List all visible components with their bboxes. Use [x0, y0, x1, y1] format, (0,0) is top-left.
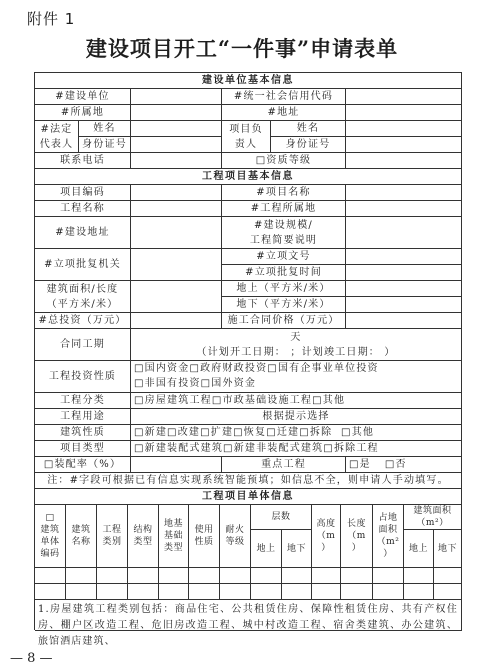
phone-field[interactable]: [131, 153, 222, 169]
engineering-name-label: 工程名称: [35, 201, 131, 217]
project-type-label: 项目类型: [35, 441, 131, 457]
legal-rep-label: #法定 代表人: [35, 121, 79, 153]
build-address-label: #建设地址: [35, 217, 131, 249]
pm-id-label: 身份证号: [271, 137, 346, 153]
investment-nature-options[interactable]: □国内资金□政府财政投资□国有企事业单位投资 □非国有投资□国外资金: [131, 361, 462, 393]
unit-table-cell[interactable]: [128, 568, 159, 584]
unit-table-cell[interactable]: [404, 584, 434, 600]
prefab-rate-checkbox[interactable]: □装配率（%）: [35, 457, 131, 473]
building-name-header: 建筑名称: [66, 505, 97, 568]
engineering-category-header: 工程类别: [97, 505, 128, 568]
unit-table-cell[interactable]: [220, 568, 251, 584]
building-area-label: 建筑面积/长度 （平方米/米）: [35, 281, 131, 313]
area-above-header: 地上: [404, 530, 434, 568]
unit-table-cell[interactable]: [251, 568, 282, 584]
contract-price-label: 施工合同价格（万元）: [222, 313, 346, 329]
classification-options[interactable]: □房屋建筑工程□市政基础设施工程□其他: [131, 393, 462, 409]
approval-authority-field[interactable]: [131, 249, 222, 281]
total-investment-label: #总投资（万元）: [35, 313, 131, 329]
approval-number-label: #立项文号: [222, 249, 346, 265]
below-ground-field[interactable]: [346, 297, 462, 313]
qualification-checkbox[interactable]: □资质等级: [222, 153, 346, 169]
foundation-type-header: 地基基础类型: [159, 505, 189, 568]
pm-name-field[interactable]: [346, 121, 462, 137]
unit-table-cell[interactable]: [66, 568, 97, 584]
key-no-checkbox[interactable]: □否: [385, 457, 407, 472]
approval-number-field[interactable]: [346, 249, 462, 265]
build-scale-field[interactable]: [346, 217, 462, 249]
purpose-select[interactable]: 根据提示选择: [131, 409, 462, 425]
above-ground-label: 地上（平方米/米）: [222, 281, 346, 297]
engineering-locality-field[interactable]: [346, 201, 462, 217]
legal-name-field[interactable]: [131, 121, 222, 137]
project-type-options[interactable]: □新建装配式建筑□新建非装配式建筑□拆除工程: [131, 441, 462, 457]
credit-code-label: #统一社会信用代码: [222, 89, 346, 105]
unit-table-cell[interactable]: [220, 584, 251, 600]
project-manager-label: 项目负 责人: [222, 121, 271, 153]
unit-table-cell[interactable]: [35, 584, 66, 600]
floors-below-header: 地下: [282, 530, 312, 568]
locality-label: #所属地: [35, 105, 131, 121]
build-address-field[interactable]: [131, 217, 222, 249]
key-yes-checkbox[interactable]: □是: [349, 457, 371, 472]
build-scale-label: #建设规模/ 工程简要说明: [222, 217, 346, 249]
footnote: 1.房屋建筑工程类别包括：商品住宅、公共租赁住房、保障性租赁住房、共有产权住房、…: [35, 600, 462, 631]
pm-id-field[interactable]: [346, 137, 462, 153]
unit-table-cell[interactable]: [159, 584, 189, 600]
length-header: 长度（m）: [341, 505, 373, 568]
unit-table-cell[interactable]: [312, 584, 341, 600]
unit-table-cell[interactable]: [282, 568, 312, 584]
unit-table-cell[interactable]: [373, 568, 404, 584]
legal-id-field[interactable]: [131, 137, 222, 153]
floors-above-header: 地上: [251, 530, 282, 568]
unit-table-cell[interactable]: [251, 584, 282, 600]
section-unit-table: 工程项目单体信息: [35, 489, 462, 505]
pm-name-label: 姓名: [271, 121, 346, 137]
unit-code-header[interactable]: □建筑单体编码: [35, 505, 66, 568]
unit-table-cell[interactable]: [341, 568, 373, 584]
fire-rating-header: 耐火等级: [220, 505, 251, 568]
locality-field[interactable]: [131, 105, 222, 121]
legal-id-label: 身份证号: [79, 137, 131, 153]
unit-table-cell[interactable]: [282, 584, 312, 600]
land-area-header: 占地面积（m²）: [373, 505, 404, 568]
page-number: — 8 —: [10, 651, 53, 666]
period-dates: （计划开工日期： ；计划竣工日期： ）: [196, 345, 395, 360]
construction-unit-label: #建设单位: [35, 89, 131, 105]
approval-time-label: #立项批复时间: [222, 265, 346, 281]
unit-table-cell[interactable]: [35, 568, 66, 584]
qualification-field[interactable]: [346, 153, 462, 169]
section-project-info: 工程项目基本信息: [35, 169, 462, 185]
structure-type-header: 结构类型: [128, 505, 159, 568]
phone-label: 联系电话: [35, 153, 131, 169]
use-nature-header: 使用性质: [189, 505, 220, 568]
building-area-field[interactable]: [131, 281, 222, 313]
contract-period-label: 合同工期: [35, 329, 131, 361]
unit-table-cell[interactable]: [434, 584, 462, 600]
key-project-label: 重点工程: [222, 457, 346, 473]
form-title: 建设项目开工“一件事”申请表单: [0, 33, 484, 63]
unit-table-cell[interactable]: [97, 584, 128, 600]
legal-name-label: 姓名: [79, 121, 131, 137]
purpose-label: 工程用途: [35, 409, 131, 425]
building-nature-options[interactable]: □新建□改建□扩建□恢复□迁建□拆除 □其他: [131, 425, 462, 441]
unit-table-cell[interactable]: [341, 584, 373, 600]
project-name-field[interactable]: [346, 185, 462, 201]
construction-unit-field[interactable]: [131, 89, 222, 105]
key-project-options[interactable]: □是 □否: [346, 457, 462, 473]
engineering-locality-label: #工程所属地: [222, 201, 346, 217]
project-name-label: #项目名称: [222, 185, 346, 201]
contract-price-field[interactable]: [346, 313, 462, 329]
unit-table-cell[interactable]: [373, 584, 404, 600]
unit-table-cell[interactable]: [404, 568, 434, 584]
approval-authority-label: #立项批复机关: [35, 249, 131, 281]
attachment-label: 附件 1: [27, 8, 75, 29]
total-investment-field[interactable]: [131, 313, 222, 329]
classification-label: 工程分类: [35, 393, 131, 409]
above-ground-field[interactable]: [346, 281, 462, 297]
building-area-header: 建筑面积（m²）: [404, 505, 462, 530]
project-code-field[interactable]: [131, 185, 222, 201]
unit-table-cell[interactable]: [97, 568, 128, 584]
period-days: 天: [290, 330, 301, 345]
unit-table-cell[interactable]: [312, 568, 341, 584]
unit-table-cell[interactable]: [66, 584, 97, 600]
project-code-label: 项目编码: [35, 185, 131, 201]
section-unit-info: 建设单位基本信息: [35, 73, 462, 89]
unit-table-cell[interactable]: [128, 584, 159, 600]
address-label: #地址: [222, 105, 346, 121]
investment-nature-label: 工程投资性质: [35, 361, 131, 393]
prefab-rate-field[interactable]: [131, 457, 222, 473]
floors-header: 层数: [251, 505, 312, 530]
contract-period-field[interactable]: 天 （计划开工日期： ；计划竣工日期： ）: [131, 329, 462, 361]
unit-table-cell[interactable]: [189, 584, 220, 600]
address-field[interactable]: [346, 105, 462, 121]
unit-table-cell[interactable]: [434, 568, 462, 584]
application-form-table: 建设单位基本信息 #建设单位 #统一社会信用代码 #所属地 #地址 #法定 代表…: [34, 72, 462, 630]
height-header: 高度（m）: [312, 505, 341, 568]
approval-time-field[interactable]: [346, 265, 462, 281]
engineering-name-field[interactable]: [131, 201, 222, 217]
area-below-header: 地下: [434, 530, 462, 568]
building-nature-label: 建筑性质: [35, 425, 131, 441]
prefill-note: 注：#字段可根据已有信息实现系统智能预填；如信息不全，则申请人手动填写。: [35, 473, 462, 489]
unit-table-cell[interactable]: [189, 568, 220, 584]
unit-table-cell[interactable]: [159, 568, 189, 584]
credit-code-field[interactable]: [346, 89, 462, 105]
below-ground-label: 地下（平方米/米）: [222, 297, 346, 313]
